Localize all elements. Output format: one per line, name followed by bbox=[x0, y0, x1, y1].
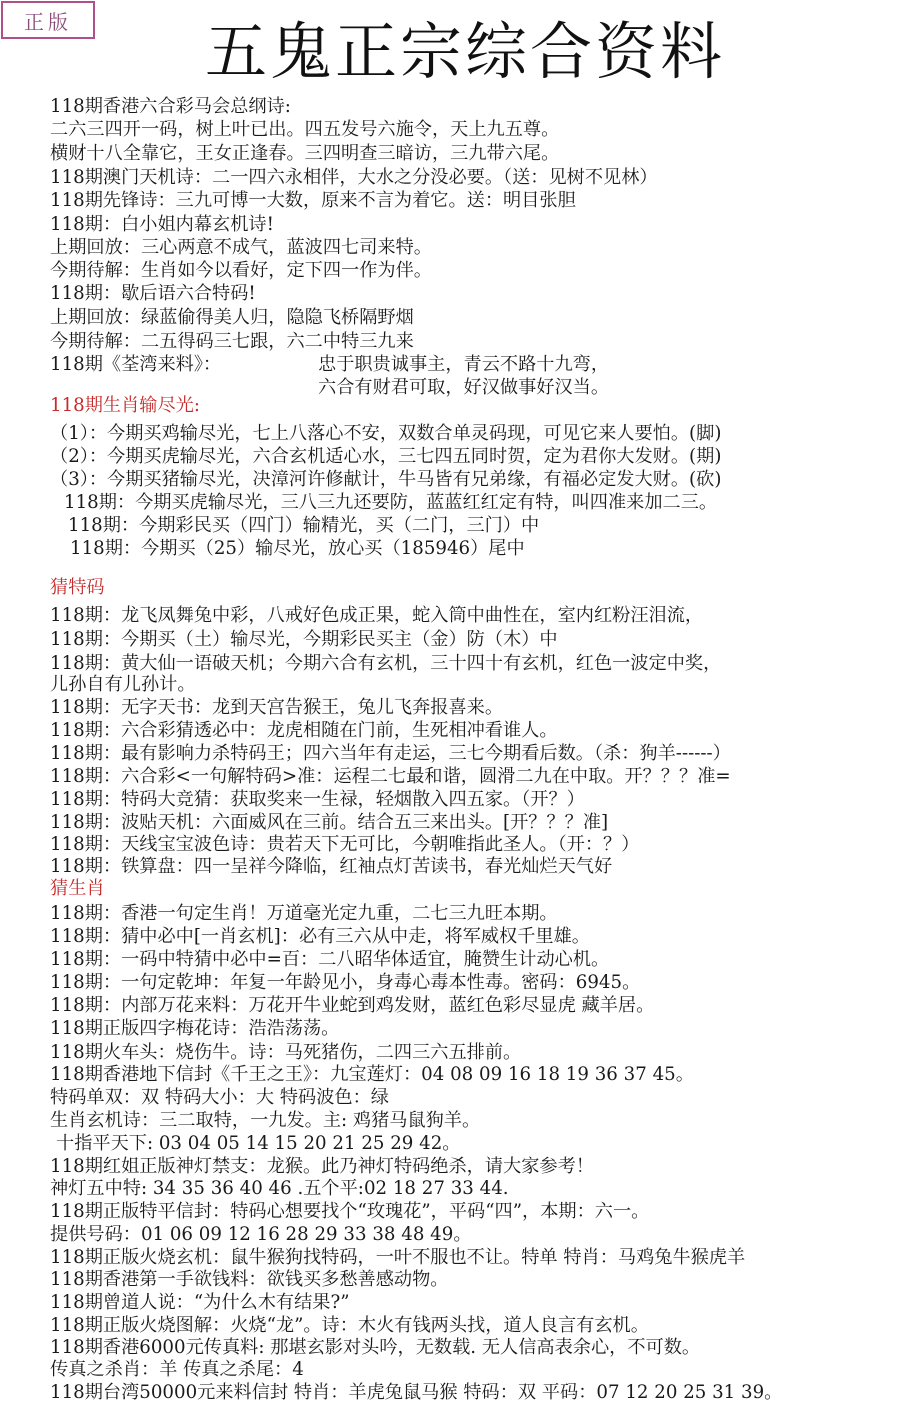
text-line: 118期香港第一手欲钱料：欲钱买多愁善感动物。 bbox=[50, 1269, 448, 1291]
text-line: 118期曾道人说：“为什么木有结果?” bbox=[50, 1292, 350, 1314]
page-title: 五鬼正宗综合资料 bbox=[0, 16, 900, 88]
text-line: 今期待解：二五得码三七跟，六二中特三九来 bbox=[50, 331, 414, 353]
text-line: 118期火车头：烧伤牛。诗：马死猪伤，二四三六五排前。 bbox=[50, 1042, 521, 1064]
text-line: 上期回放：绿蓝偷得美人归，隐隐飞桥隔野烟 bbox=[50, 307, 414, 329]
text-line: 118期：黄大仙一语破天机；今期六合有玄机，三十四十有玄机，红色一波定中奖， bbox=[50, 653, 721, 675]
text-line: 118期《荃湾来料》： bbox=[50, 354, 221, 376]
text-line: 神灯五中特: 34 35 36 40 46 .五个平:02 18 27 33 4… bbox=[50, 1178, 509, 1200]
text-line: （2）：今期买虎输尽光，六合玄机适心水，三七四五同时贺，定为君你大发财。(期) bbox=[50, 446, 721, 468]
text-line: 118期：铁算盘：四一呈祥今降临，红袖点灯苦读书，春光灿烂天气好 bbox=[50, 856, 612, 878]
text-line: 118期正版火烧图解：火烧“龙”。诗：木火有钱两头找，道人良言有玄机。 bbox=[50, 1315, 649, 1337]
text-line: 118期：猜中必中[一肖玄机]：必有三六从中走，将军威权千里雄。 bbox=[50, 926, 590, 948]
text-line: 特码单双：双 特码大小：大 特码波色：绿 bbox=[50, 1087, 389, 1109]
text-line: 传真之杀肖：羊 传真之杀尾：4 bbox=[50, 1359, 304, 1381]
text-line: 118期：最有影响力杀特码王；四六当年有走运，三七今期看后数。（杀：狗羊----… bbox=[50, 743, 731, 765]
text-line: 118期：内部万花来料：万花开牛业蛇到鸡发财，蓝红色彩尽显虎 藏羊居。 bbox=[50, 995, 654, 1017]
text-line: 118期：今期彩民买（四门）输精光，买（二门，三门）中 bbox=[68, 515, 539, 537]
text-line: 横财十八全靠它，王女正逢春。三四明查三暗访，三九带六尾。 bbox=[50, 143, 559, 165]
text-line: 118期：歇后语六合特码! bbox=[50, 283, 256, 305]
text-line: 118期正版特平信封：特码心想要找个“玫瑰花”，平码“四”，本期：六一。 bbox=[50, 1201, 649, 1223]
text-line: 六合有财君可取，好汉做事好汉当。 bbox=[318, 377, 609, 399]
text-line: 118期香港六合彩马会总纲诗: bbox=[50, 96, 291, 118]
text-line: 儿孙自有儿孙计。 bbox=[50, 674, 196, 696]
text-line: 十指平天下: 03 04 05 14 15 20 21 25 29 42。 bbox=[56, 1133, 461, 1155]
text-line: 118期：一句定乾坤：年复一年龄见小，身毒心毒本性毒。密码：6945。 bbox=[50, 972, 640, 994]
text-line: 118期台湾50000元来料信封 特肖：羊虎兔鼠马猴 特码：双 平码：07 12… bbox=[50, 1382, 782, 1401]
section-heading: 猜生肖 bbox=[50, 878, 105, 900]
text-line: 118期：波贴天机：六面威风在三前。结合五三来出头。[开？？？准] bbox=[50, 812, 608, 834]
text-line: 118期：今期买虎输尽光，三八三九还要防，蓝蓝红红定有特，叫四准来加二三。 bbox=[64, 492, 717, 514]
text-line: 提供号码：01 06 09 12 16 28 29 33 38 48 49。 bbox=[50, 1224, 472, 1246]
text-line: 118期：六合彩猜透必中：龙虎相随在门前，生死相冲看谁人。 bbox=[50, 720, 558, 742]
text-line: 118期：无字天书：龙到天宫告猴王，兔儿飞奔报喜来。 bbox=[50, 697, 503, 719]
text-line: 118期：一码中特猜中必中=百：二八昭华体适宜，腌赞生计动心机。 bbox=[50, 949, 609, 971]
text-line: 118期正版火烧玄机：鼠牛猴狗找特码，一叶不服也不让。特单 特肖：马鸡兔牛猴虎羊 bbox=[50, 1247, 745, 1269]
text-line: 118期：今期买（25）输尽光，放心买（185946）尾中 bbox=[70, 538, 525, 560]
text-line: 生肖玄机诗：三二取特，一九发。主: 鸡猪马鼠狗羊。 bbox=[50, 1110, 480, 1132]
text-line: 118期香港地下信封《千王之王》：九宝莲灯：04 08 09 16 18 19 … bbox=[50, 1064, 694, 1086]
text-line: 118期：龙飞凤舞兔中彩，八戒好色成正果，蛇入筒中曲性在，室内红粉汪泪流， bbox=[50, 605, 703, 627]
text-line: 二六三四开一码，树上叶已出。四五发号六施令，天上九五尊。 bbox=[50, 119, 559, 141]
text-line: 118期：天线宝宝波色诗：贵若天下无可比，今朝唯指此圣人。（开：？） bbox=[50, 834, 639, 856]
text-line: 今期待解：生肖如今以看好，定下四一作为伴。 bbox=[50, 260, 432, 282]
text-line: 118期：白小姐内幕玄机诗! bbox=[50, 214, 274, 236]
text-line: 118期先锋诗：三九可博一大数，原来不言为着它。送：明目张胆 bbox=[50, 190, 576, 212]
text-line: （3）：今期买猪输尽光，决漳河许修献计，牛马皆有兄弟缘，有福必定发大财。(砍) bbox=[50, 469, 721, 491]
text-line: 118期澳门天机诗：二一四六永相伴，大水之分没必要。（送：见树不见林） bbox=[50, 167, 658, 189]
text-line: （1）：今期买鸡输尽光，七上八落心不安，双数合单灵码现，可见它来人要怕。(脚) bbox=[50, 423, 721, 445]
section-heading: 118期生肖输尽光: bbox=[50, 395, 200, 417]
text-line: 118期红姐正版神灯禁支：龙猴。此乃神灯特码绝杀，请大家参考！ bbox=[50, 1156, 594, 1178]
text-line: 忠于职贵诚事主，青云不路十九弯， bbox=[318, 354, 609, 376]
text-line: 118期：六合彩<一句解特码>准：运程二七最和谐，圆滑二九在中取。开？？？准= bbox=[50, 766, 731, 788]
text-line: 118期：特码大竞猜：获取奖来一生禄，轻烟散入四五家。（开？） bbox=[50, 789, 585, 811]
text-line: 上期回放：三心两意不成气，蓝波四七司来特。 bbox=[50, 237, 432, 259]
text-line: 118期正版四字梅花诗：浩浩荡荡。 bbox=[50, 1018, 339, 1040]
text-line: 118期香港6000元传真料: 那堪玄影对头吟，无数载. 无人信高表余心，不可数… bbox=[50, 1337, 700, 1359]
text-line: 118期：香港一句定生肖！万道毫光定九重，二七三九旺本期。 bbox=[50, 903, 558, 925]
section-heading: 猜特码 bbox=[50, 577, 105, 599]
text-line: 118期：今期买（土）输尽光，今期彩民买主（金）防（木）中 bbox=[50, 629, 558, 651]
